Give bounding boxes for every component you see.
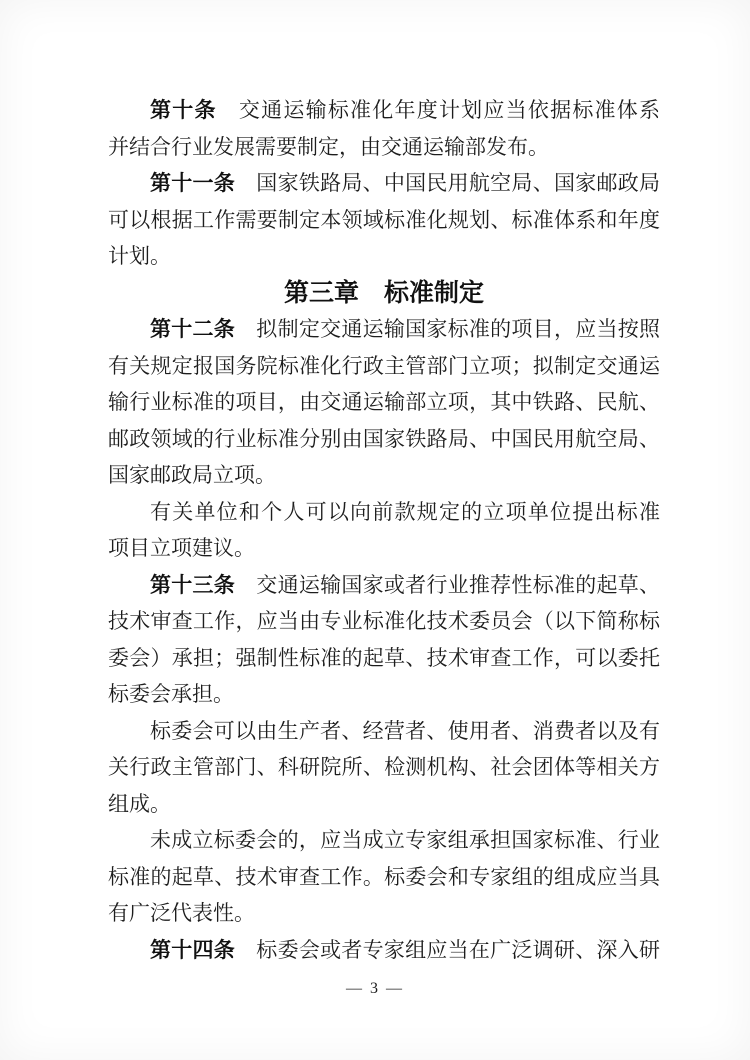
text-line: 标委会可以由生产者、经营者、使用者、消费者以及有 xyxy=(108,713,660,750)
text-line: 有广泛代表性。 xyxy=(108,895,660,932)
text-line: 第十四条 标委会或者专家组应当在广泛调研、深入研 xyxy=(108,932,660,969)
text-line: 可以根据工作需要制定本领域标准化规划、标准体系和年度 xyxy=(108,202,660,239)
text-line: 输行业标准的项目，由交通运输部立项，其中铁路、民航、 xyxy=(108,384,660,421)
text-line: 邮政领域的行业标准分别由国家铁路局、中国民用航空局、 xyxy=(108,421,660,458)
document-body: 第十条 交通运输标准化年度计划应当依据标准体系并结合行业发展需要制定，由交通运输… xyxy=(108,92,660,968)
article-number: 第十二条 xyxy=(150,318,235,341)
article-number: 第十条 xyxy=(150,99,217,122)
text-line: 有关单位和个人可以向前款规定的立项单位提出标准 xyxy=(108,494,660,531)
text-line: 第十三条 交通运输国家或者行业推荐性标准的起草、 xyxy=(108,567,660,604)
text-line: 标准的起草、技术审查工作。标委会和专家组的组成应当具 xyxy=(108,859,660,896)
text-line: 未成立标委会的，应当成立专家组承担国家标准、行业 xyxy=(108,822,660,859)
chapter-heading: 第三章 标准制定 xyxy=(108,275,660,312)
text-line: 标委会承担。 xyxy=(108,676,660,713)
text-line: 第十条 交通运输标准化年度计划应当依据标准体系 xyxy=(108,92,660,129)
page-number: — 3 — xyxy=(0,980,750,998)
text-line: 项目立项建议。 xyxy=(108,530,660,567)
text-line: 第十二条 拟制定交通运输国家标准的项目，应当按照 xyxy=(108,311,660,348)
text-line: 技术审查工作，应当由专业标准化技术委员会（以下简称标 xyxy=(108,603,660,640)
article-number: 第十一条 xyxy=(150,172,235,195)
text-line: 有关规定报国务院标准化行政主管部门立项；拟制定交通运 xyxy=(108,348,660,385)
document-page: 第十条 交通运输标准化年度计划应当依据标准体系并结合行业发展需要制定，由交通运输… xyxy=(0,0,750,1060)
text-line: 计划。 xyxy=(108,238,660,275)
text-line: 并结合行业发展需要制定，由交通运输部发布。 xyxy=(108,129,660,166)
text-line: 组成。 xyxy=(108,786,660,823)
article-number: 第十三条 xyxy=(150,574,235,597)
text-line: 关行政主管部门、科研院所、检测机构、社会团体等相关方 xyxy=(108,749,660,786)
text-line: 第十一条 国家铁路局、中国民用航空局、国家邮政局 xyxy=(108,165,660,202)
text-line: 国家邮政局立项。 xyxy=(108,457,660,494)
article-number: 第十四条 xyxy=(150,939,235,962)
text-line: 委会）承担；强制性标准的起草、技术审查工作，可以委托 xyxy=(108,640,660,677)
